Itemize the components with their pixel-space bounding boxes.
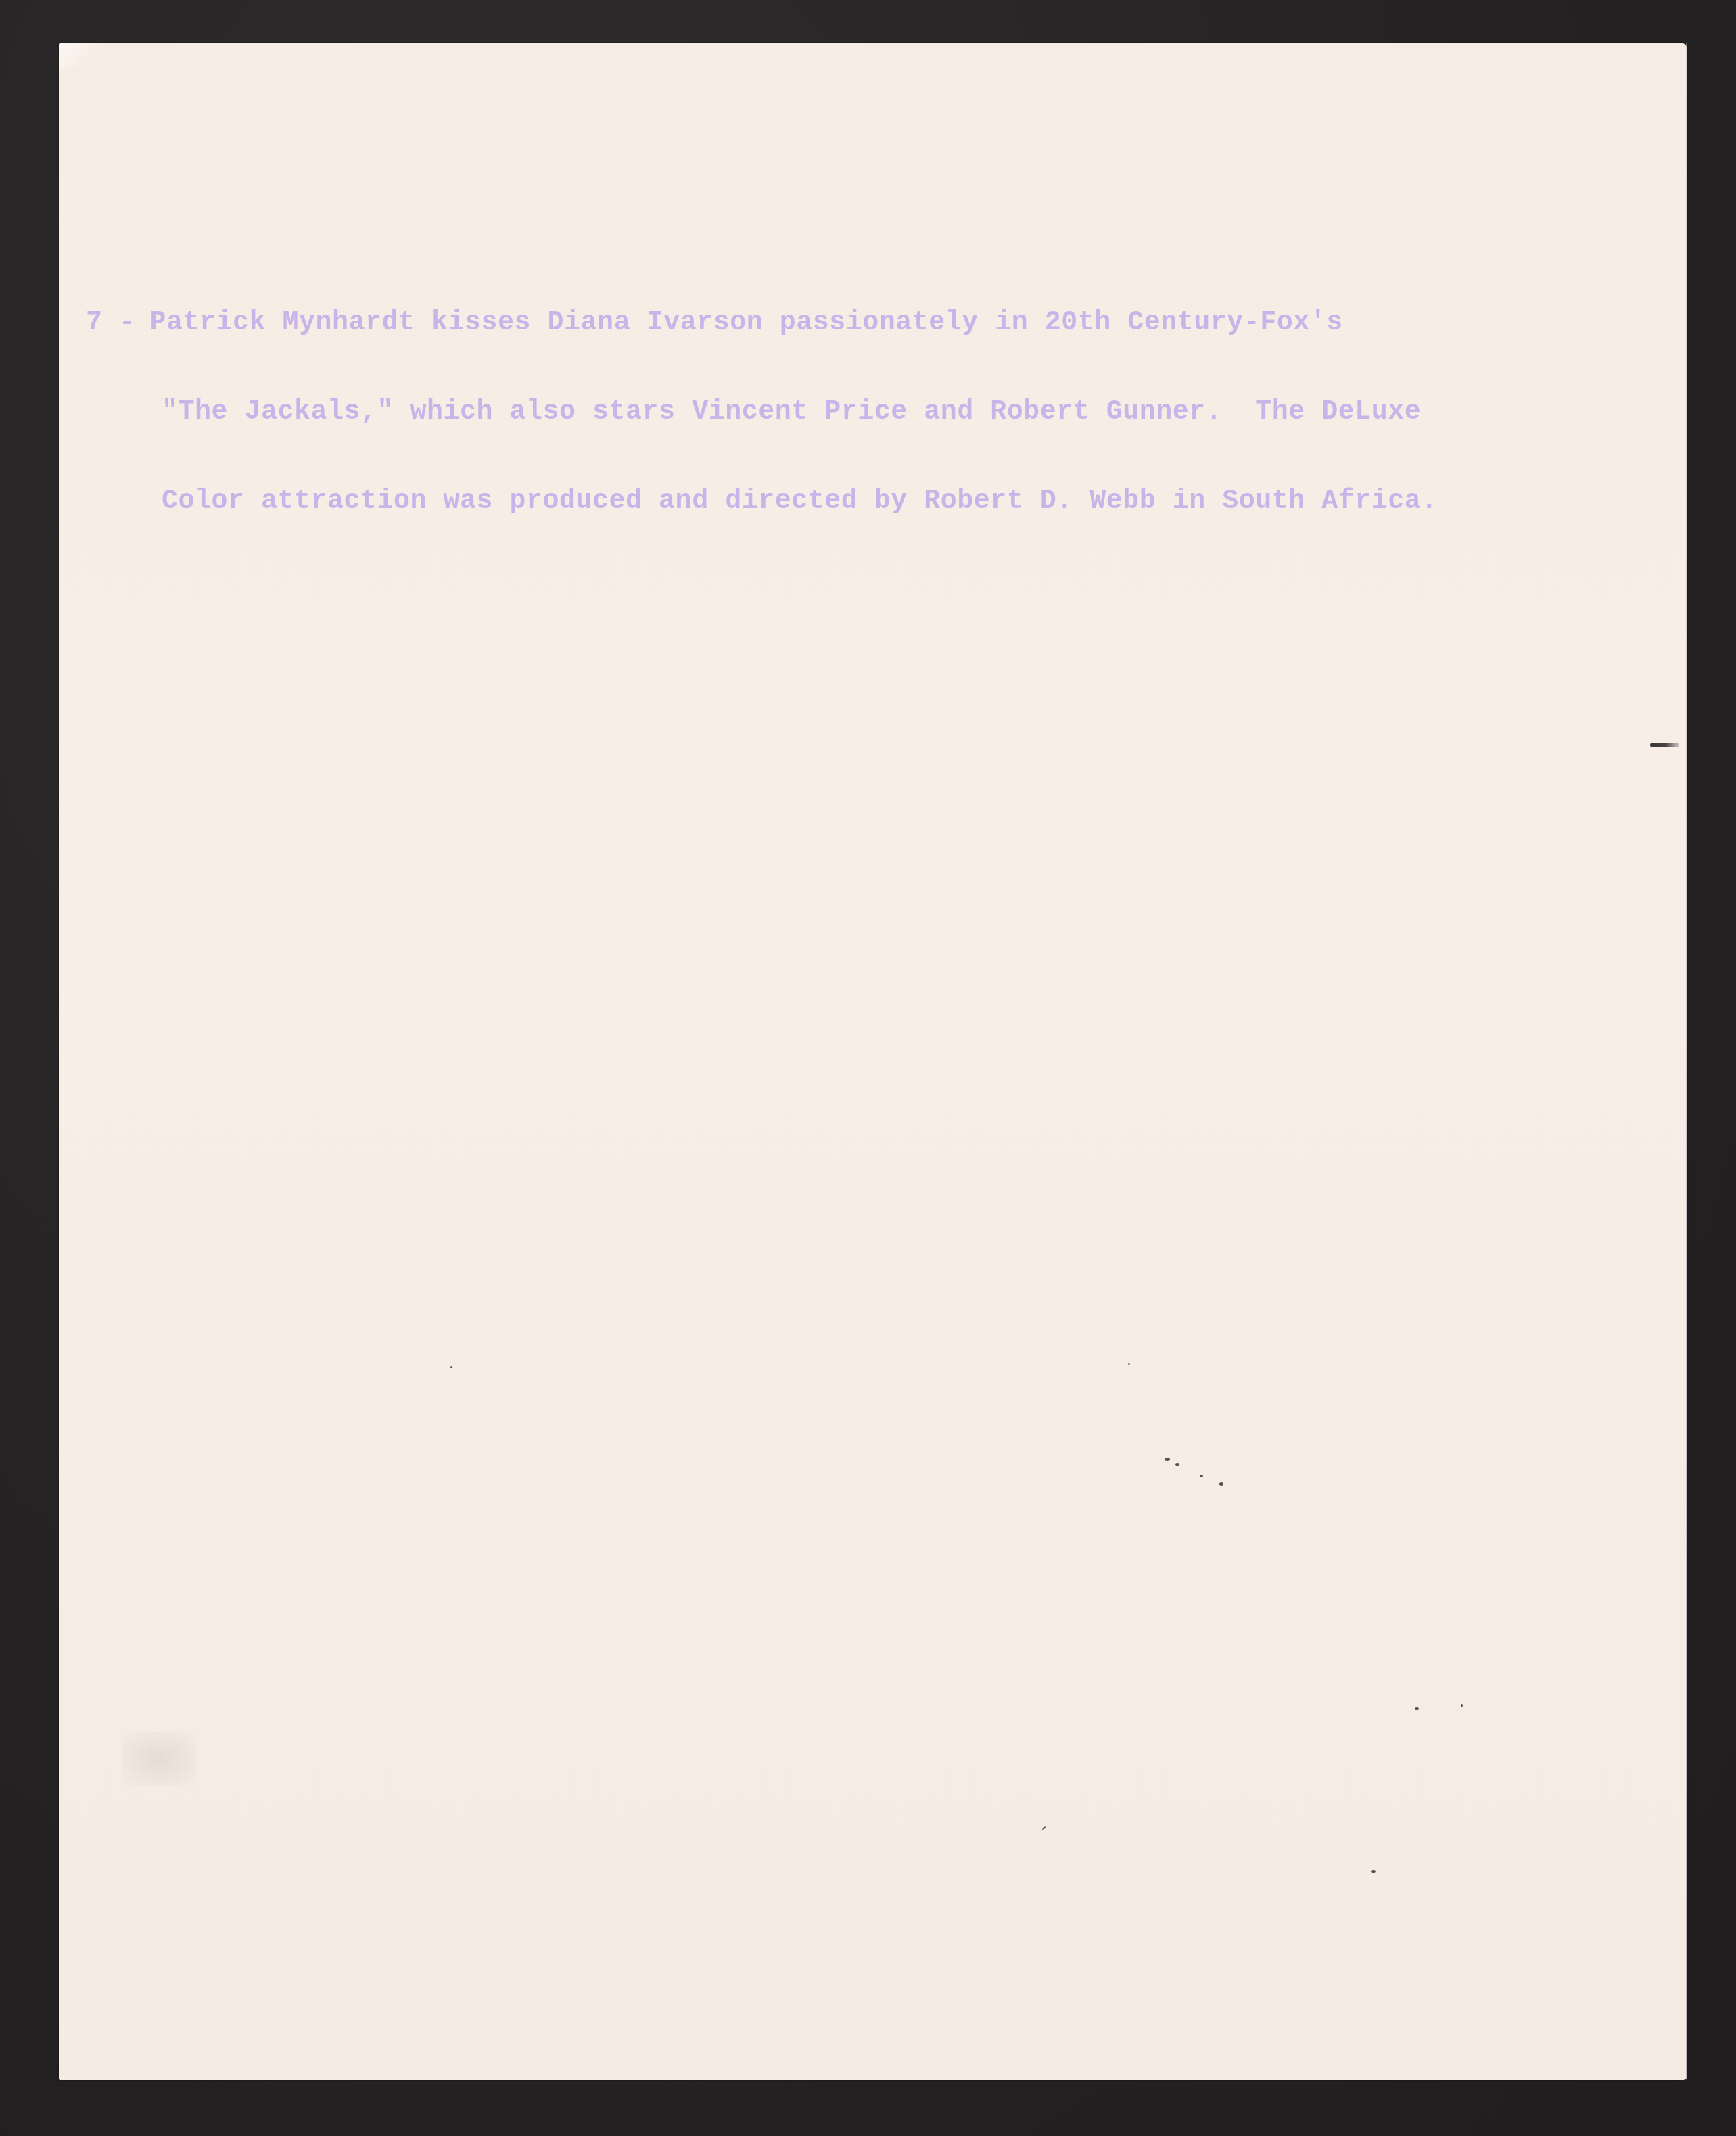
speck-mark bbox=[1219, 1482, 1223, 1486]
speck-mark bbox=[450, 1366, 452, 1368]
speck-mark bbox=[1461, 1704, 1463, 1707]
caption-line-2: "The Jackals," which also stars Vincent … bbox=[86, 398, 1574, 427]
speck-mark bbox=[1371, 1870, 1376, 1873]
speck-mark bbox=[1128, 1363, 1130, 1365]
caption-line-3: Color attraction was produced and direct… bbox=[86, 487, 1574, 517]
speck-mark bbox=[1415, 1707, 1419, 1710]
photo-back-paper: 7 - Patrick Mynhardt kisses Diana Ivarso… bbox=[59, 43, 1687, 2080]
speck-mark bbox=[1165, 1458, 1170, 1461]
caption-line-1: 7 - Patrick Mynhardt kisses Diana Ivarso… bbox=[86, 308, 1574, 338]
paper-smudge bbox=[122, 1732, 196, 1786]
caption-number: 7 - bbox=[86, 308, 133, 338]
edge-ink-mark bbox=[1650, 743, 1679, 747]
speck-mark bbox=[1200, 1475, 1203, 1477]
speck-mark bbox=[1175, 1463, 1179, 1466]
typed-caption: 7 - Patrick Mynhardt kisses Diana Ivarso… bbox=[86, 249, 1574, 576]
caption-text-1: Patrick Mynhardt kisses Diana Ivarson pa… bbox=[150, 308, 1343, 338]
